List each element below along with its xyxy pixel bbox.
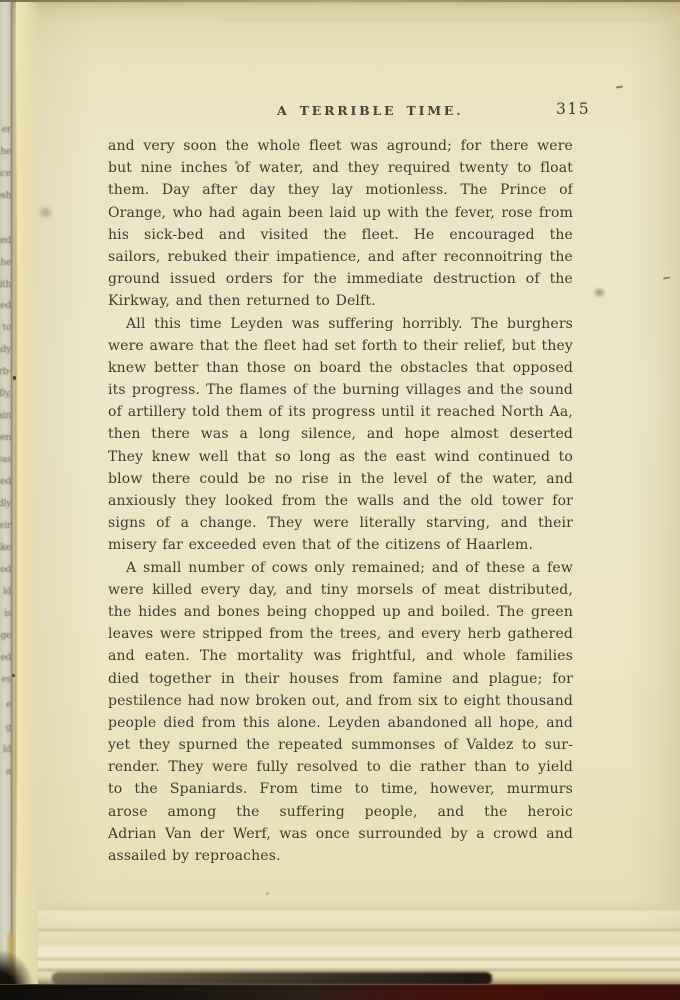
text-line: pestilence had now broken out, and from …: [108, 690, 573, 712]
text-line: misery far exceeded even that of the cit…: [108, 534, 573, 556]
ink-speck: [616, 86, 623, 89]
text-line: people died from this alone. Leyden aban…: [108, 712, 573, 734]
text-line: assailed by reproaches.: [108, 845, 573, 867]
text-line: knew better than those on board the obst…: [108, 357, 573, 379]
ink-speck: [12, 674, 15, 677]
edge-text-fragment: esh: [0, 191, 11, 201]
edge-text-fragment: is: [4, 609, 11, 619]
edge-text-fragment: orb-: [0, 367, 11, 377]
edge-text-fragment: sed: [0, 477, 11, 487]
text-line: were aware that the fleet had set forth …: [108, 335, 573, 357]
text-line: the hides and bones being chopped up and…: [108, 601, 573, 623]
edge-text-fragment: een: [0, 433, 11, 443]
text-line: leaves were stripped from the trees, and…: [108, 623, 573, 645]
text-line: them. Day after day they lay motionless.…: [108, 179, 573, 201]
edge-text-fragment: ith: [0, 280, 11, 290]
text-line: All this time Leyden was suffering horri…: [108, 313, 573, 335]
text-line: render. They were fully resolved to die …: [108, 756, 573, 778]
text-line: and very soon the whole fleet was agroun…: [108, 135, 573, 157]
edge-text-fragment: ed: [1, 653, 12, 663]
edge-text-fragment: ld: [3, 745, 11, 755]
text-line: its progress. The flames of the burning …: [108, 379, 573, 401]
ink-speck: [663, 276, 670, 279]
text-line: A small number of cows only remained; an…: [108, 557, 573, 579]
edge-text-fragment: the: [0, 258, 11, 268]
text-line: yet they spurned the repeated summonses …: [108, 734, 573, 756]
running-header: A TERRIBLE TIME.: [277, 103, 463, 118]
text-line: signs of a change. They were literally s…: [108, 512, 573, 534]
text-line: Adrian Van der Werf, was once surrounded…: [108, 823, 573, 845]
ink-speck: [13, 376, 16, 380]
text-line: then there was a long silence, and hope …: [108, 423, 573, 445]
text-line: blow there could be no rise in the level…: [108, 468, 573, 490]
edge-text-fragment: nce: [0, 169, 11, 179]
text-line: and eaten. The mortality was frightful, …: [108, 645, 573, 667]
book-page-scan: erhenceeshjedtheithhedg toadyorb-dly,ain…: [0, 0, 680, 1000]
edge-text-fragment: ge: [1, 631, 12, 641]
gutter-crease-line: [15, 60, 17, 940]
edge-text-fragment: od: [0, 565, 11, 575]
text-line: of artillery told them of its progress u…: [108, 401, 573, 423]
edge-text-fragment: dly: [0, 499, 11, 509]
edge-text-fragment: ain: [0, 411, 11, 421]
paper-stain: [40, 208, 51, 217]
edge-text-fragment: ady: [0, 345, 11, 355]
paper-stain: [595, 289, 604, 296]
edge-text-fragment: hed: [0, 301, 11, 311]
edge-text-fragment: ld: [3, 587, 11, 597]
text-line: were killed every day, and tiny morsels …: [108, 579, 573, 601]
page-text: and very soon the whole fleet was agroun…: [108, 135, 573, 867]
edge-text-fragment: was: [0, 455, 11, 465]
top-scan-edge: [0, 0, 680, 2]
edge-text-fragment: eir: [0, 521, 11, 531]
edge-text-fragment: g to: [0, 323, 11, 333]
book-cover-bottom: [0, 984, 680, 1000]
top-page-edge-band: [225, 17, 680, 21]
page-gutter-crease: [16, 0, 40, 988]
ink-speck: [235, 161, 238, 164]
text-line: Orange, who had again been laid up with …: [108, 202, 573, 224]
edge-text-fragment: dly,: [0, 389, 11, 399]
text-line: arose among the suffering people, and th…: [108, 801, 573, 823]
text-line: sailors, rebuked their impatience, and a…: [108, 246, 573, 268]
edge-text-fragment: he: [0, 147, 11, 157]
text-line: but nine inches of water, and they requi…: [108, 157, 573, 179]
text-line: Kirkway, and then returned to Delft.: [108, 290, 573, 312]
text-line: died together in their houses from famin…: [108, 668, 573, 690]
text-line: They knew well that so long as the east …: [108, 446, 573, 468]
text-line: anxiously they looked from the walls and…: [108, 490, 573, 512]
page-number: 315: [556, 100, 590, 118]
paper-stain: [266, 892, 269, 895]
text-line: his sick-bed and visited the fleet. He e…: [108, 224, 573, 246]
edge-text-fragment: jed: [0, 236, 11, 246]
text-line: to the Spaniards. From time to time, how…: [108, 778, 573, 800]
text-line: ground issued orders for the immediate d…: [108, 268, 573, 290]
edge-text-fragment: er: [2, 125, 11, 135]
edge-text-fragment: ike: [0, 543, 11, 553]
edge-text-fragment: es: [2, 675, 11, 685]
